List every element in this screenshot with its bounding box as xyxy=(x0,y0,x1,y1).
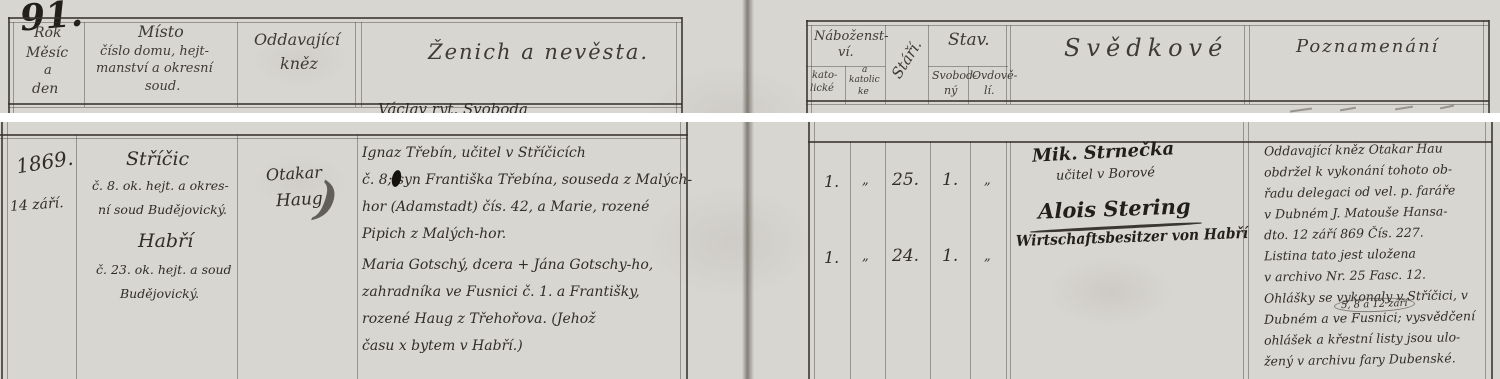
remark-line: v archivo Nr. 25 Fasc. 12. xyxy=(1264,269,1426,284)
table-line xyxy=(1243,122,1244,379)
header-priest-line: kněz xyxy=(280,56,318,72)
table-line xyxy=(814,122,815,379)
faint-stroke xyxy=(1395,106,1413,111)
header-religion-line: ví. xyxy=(838,46,854,59)
witness-line: učitel v Borové xyxy=(1056,166,1155,182)
table-line xyxy=(928,66,1008,67)
place-line: Budějovický. xyxy=(120,288,199,301)
record-day: 14 září. xyxy=(10,196,64,214)
table-line xyxy=(680,122,681,379)
header-noncatholic-line: a xyxy=(862,66,867,75)
page-fold xyxy=(742,122,754,379)
table-line xyxy=(0,134,688,136)
remark-line: žený v archivu fary Dubenské. xyxy=(1264,352,1456,368)
page-fold xyxy=(742,0,754,113)
groom-widowed: „ xyxy=(984,174,991,187)
header-date-line: Rok xyxy=(34,26,61,40)
table-line xyxy=(357,134,358,379)
bride-line: rozené Haug z Třehořova. (Jehož xyxy=(362,312,596,326)
groom-age: 25. xyxy=(892,172,919,189)
table-line xyxy=(84,22,85,107)
table-line xyxy=(806,25,1489,26)
header-remarks: Poznamenání xyxy=(1296,38,1439,56)
header-priest-line: Oddavající xyxy=(254,32,340,48)
groom-line: č. 8; syn Františka Třebína, souseda z M… xyxy=(362,173,692,187)
table-line xyxy=(676,22,677,113)
remark-line: dto. 12 září 869 Čís. 227. xyxy=(1264,227,1424,242)
bride-line: zahradníka ve Fusnici č. 1. a Františky, xyxy=(362,285,640,299)
table-line xyxy=(13,22,14,113)
table-line xyxy=(850,141,851,379)
header-single-line: ný xyxy=(944,85,957,96)
table-line xyxy=(970,141,971,379)
remark-line: obdržel k vykonání tohoto ob- xyxy=(1264,163,1452,179)
bride-single: 1. xyxy=(942,248,958,265)
table-line xyxy=(8,22,682,23)
faint-stroke xyxy=(1340,107,1356,112)
table-line xyxy=(811,25,812,113)
table-line xyxy=(355,22,356,107)
table-line xyxy=(7,122,8,379)
remark-line: Listina tato jest uložena xyxy=(1264,248,1416,263)
table-line xyxy=(885,141,886,379)
bride-line: času x bytem v Habří.) xyxy=(362,339,523,353)
table-line xyxy=(845,66,846,104)
table-line xyxy=(8,107,682,108)
signature-flourish: ) xyxy=(313,175,341,224)
remark-line: řadu delegaci od vel. p. faráře xyxy=(1264,184,1456,200)
header-catholic-line: kato- xyxy=(812,71,837,81)
table-line xyxy=(806,66,885,67)
table-line xyxy=(928,25,929,104)
table-line xyxy=(1249,25,1250,104)
table-line xyxy=(76,134,77,379)
table-line xyxy=(1,122,3,379)
header-noncatholic-line: ke xyxy=(858,88,869,97)
remark-line: Oddavající kněz Otakar Hau xyxy=(1264,142,1443,158)
bride-catholic: 1. xyxy=(824,250,839,266)
header-widowed-line: lí. xyxy=(984,85,995,96)
table-line xyxy=(8,103,682,105)
witness-line: Alois Stering xyxy=(1038,195,1191,221)
table-line xyxy=(1488,20,1490,113)
table-line xyxy=(361,22,362,107)
header-single-line: Svobod- xyxy=(932,70,977,81)
bride-widowed: „ xyxy=(984,250,991,263)
table-line xyxy=(808,122,810,379)
bride-age: 24. xyxy=(892,248,919,265)
table-line xyxy=(0,138,688,139)
groom-line: Pipich z Malých-hor. xyxy=(362,227,506,241)
groom-catholic: 1. xyxy=(824,174,839,190)
groom-line: Ignaz Třebín, učitel v Stříčicích xyxy=(362,146,586,160)
place-line: Habří xyxy=(138,232,193,251)
table-line xyxy=(806,20,1489,22)
marriage-register-scan: 91. Rok Měsíc a den Místo číslo domu, he… xyxy=(0,0,1500,379)
table-line xyxy=(237,134,238,379)
priest-line: Otakar xyxy=(266,165,323,184)
header-religion-line: Náboženst- xyxy=(814,30,888,43)
header-status: Stav. xyxy=(948,32,990,49)
header-date-line: den xyxy=(32,82,58,96)
table-line xyxy=(1006,141,1007,379)
header-date-line: a xyxy=(44,64,52,77)
faint-stroke xyxy=(1290,107,1312,112)
record-band: 1869. 14 září. Stříčic č. 8. ok. hejt. a… xyxy=(0,122,1500,379)
bride-noncatholic: „ xyxy=(862,250,869,263)
header-date-line: Měsíc xyxy=(26,46,68,60)
table-line xyxy=(806,104,1489,105)
header-band: 91. Rok Měsíc a den Místo číslo domu, he… xyxy=(0,0,1500,113)
table-line xyxy=(1485,122,1486,379)
place-line: č. 8. ok. hejt. a okres- xyxy=(92,180,229,193)
table-line xyxy=(1248,122,1249,379)
table-line xyxy=(681,17,683,113)
table-line xyxy=(1006,25,1007,104)
table-line xyxy=(237,22,238,107)
header-catholic-line: lické xyxy=(810,84,834,94)
groom-noncatholic: „ xyxy=(862,174,869,187)
groom-line: hor (Adamstadt) čís. 42, a Marie, rozené xyxy=(362,200,649,214)
table-line xyxy=(806,100,1489,102)
remark-line: v Dubném J. Matouše Hansa- xyxy=(1264,205,1448,221)
header-place-line: manství a okresní xyxy=(96,62,213,75)
record-year: 1869. xyxy=(15,148,75,177)
table-line xyxy=(1483,20,1484,113)
table-line xyxy=(8,17,10,113)
header-place-line: Místo xyxy=(138,24,184,40)
remark-line: ohlášek a křestní listy jsou ulo- xyxy=(1264,331,1461,347)
table-line xyxy=(1010,25,1011,104)
table-line xyxy=(1010,141,1011,379)
place-line: ní soud Budějovický. xyxy=(98,204,227,217)
partial-row-text: Václav ryt. Svoboda xyxy=(378,102,528,113)
header-place-line: soud. xyxy=(145,80,180,93)
faint-stroke xyxy=(1440,105,1454,110)
remark-line: Dubném a ve Fusnici; vysvědčení xyxy=(1264,310,1475,326)
place-line: č. 23. ok. hejt. a soud xyxy=(96,264,232,277)
bride-line: Maria Gotschý, dcera + Jána Gotschy-ho, xyxy=(362,258,653,272)
header-age: Stáří. xyxy=(890,38,925,82)
table-line xyxy=(686,122,688,379)
table-line xyxy=(1491,122,1493,379)
header-witnesses: Svědkové xyxy=(1064,36,1228,60)
table-line xyxy=(1244,25,1245,104)
table-line xyxy=(8,17,682,19)
place-line: Stříčic xyxy=(126,150,189,169)
header-couple: Ženich a nevěsta. xyxy=(428,42,649,63)
witness-line: Mik. Strnečka xyxy=(1032,140,1175,165)
header-widowed-line: Ovdově- xyxy=(972,70,1017,81)
header-place-line: číslo domu, hejt- xyxy=(100,45,209,58)
table-line xyxy=(930,141,931,379)
header-noncatholic-line: katolic xyxy=(849,76,880,85)
groom-single: 1. xyxy=(942,172,958,189)
